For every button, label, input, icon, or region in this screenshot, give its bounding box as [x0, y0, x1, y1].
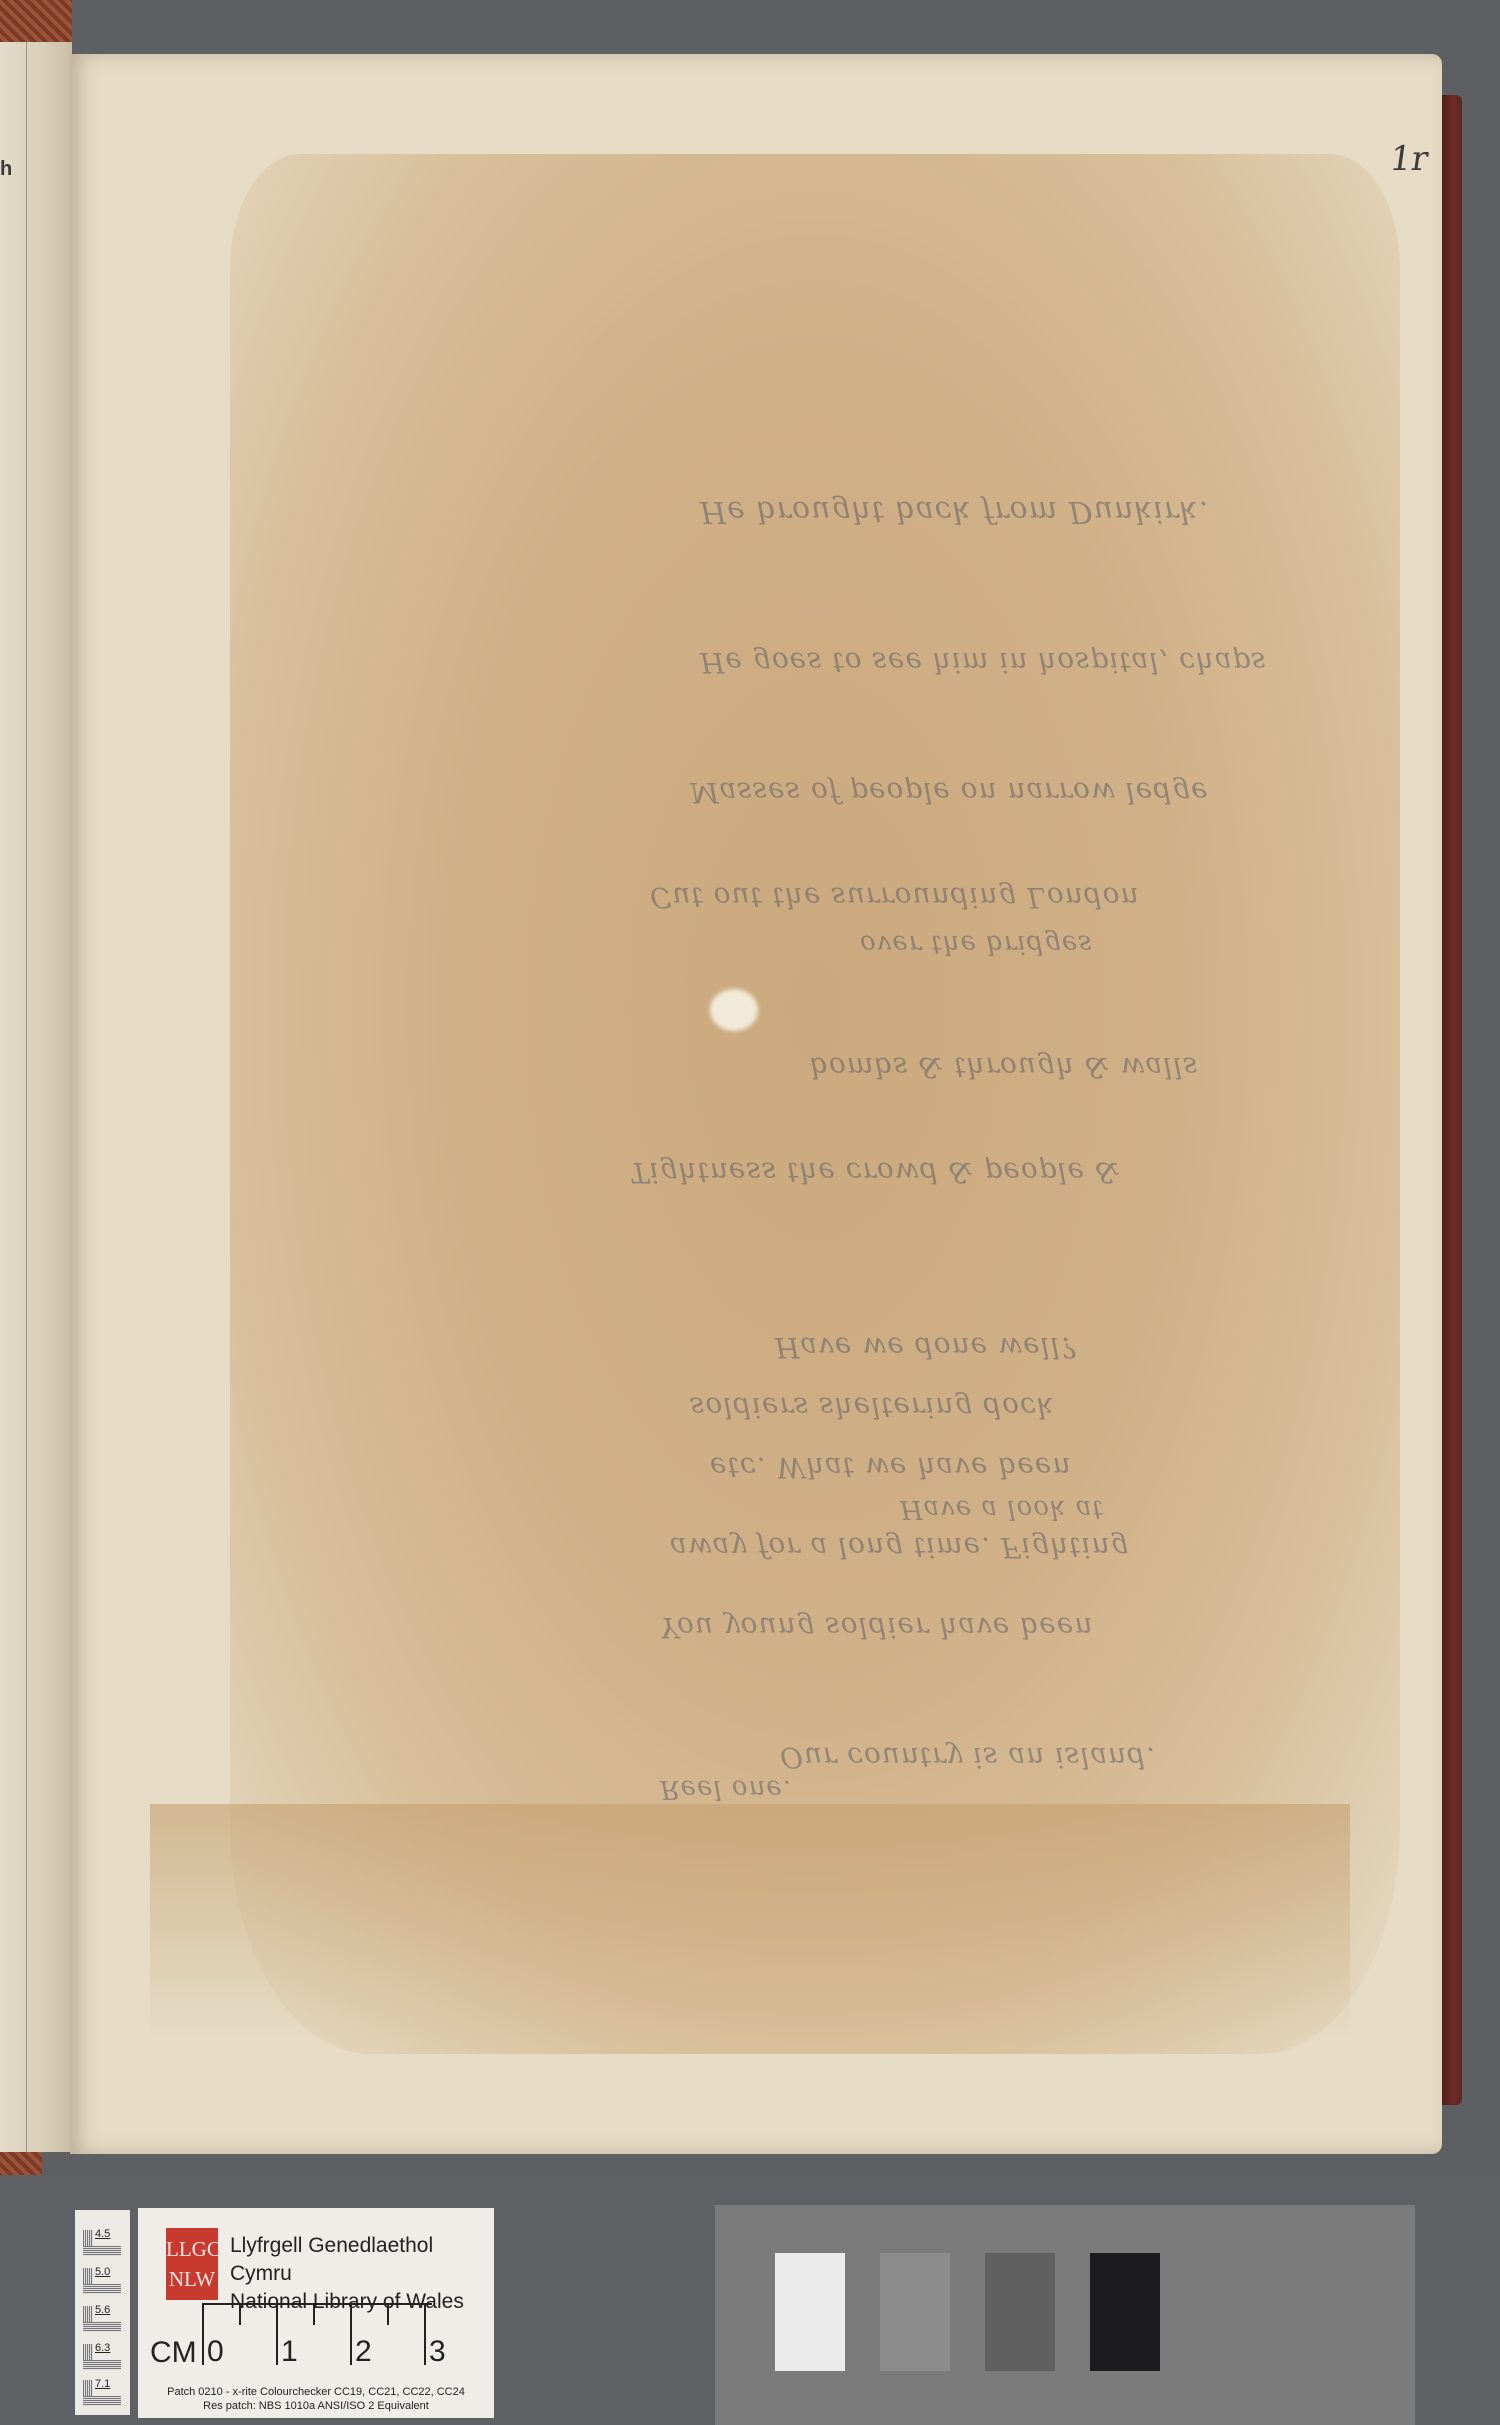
show-through-line: Tightness the crowd & people & — [630, 1156, 1121, 1189]
nlw-logo: LLGC NLW — [166, 2228, 218, 2300]
show-through-line: You young soldier have been — [660, 1611, 1093, 1644]
left-page-rule — [26, 42, 27, 2152]
library-label: LLGC NLW Llyfrgell Genedlaethol Cymru Na… — [138, 2208, 494, 2418]
show-through-line: Cut out the surrounding London — [650, 881, 1140, 914]
manuscript-leaf: 1r He brought back from Dunkirk. He goes… — [70, 54, 1442, 2154]
folio-number: 1r — [1387, 139, 1431, 179]
show-through-line: Masses of people on narrow ledge — [690, 776, 1209, 809]
left-page-fragment — [0, 42, 72, 2152]
resolution-patch: 5.6 — [83, 2304, 125, 2334]
grey-patch-dark — [985, 2253, 1055, 2371]
show-through-line: Have we done well? — [775, 1331, 1077, 1364]
show-through-line: He brought back from Dunkirk. — [700, 494, 1209, 529]
grey-patch-light — [880, 2253, 950, 2371]
show-through-line: over the bridges — [860, 929, 1093, 959]
book-binding-top — [0, 0, 72, 44]
ruler-unit: CM — [150, 2336, 197, 2370]
show-through-line: bombs & through & walls — [810, 1051, 1199, 1084]
show-through-line: Have a look at — [900, 1494, 1104, 1524]
show-through-line: etc. What we have been — [710, 1451, 1072, 1484]
show-through-line: Reel one. — [660, 1774, 792, 1804]
resolution-info: Res patch: NBS 1010a ANSI/ISO 2 Equivale… — [138, 2400, 494, 2412]
resolution-patch: 4.5 — [83, 2228, 125, 2258]
book-binding-right — [1440, 95, 1462, 2105]
resolution-patch: 5.0 — [83, 2266, 125, 2296]
resolution-target: 4.5 5.0 5.6 6.3 7.1 — [75, 2210, 130, 2415]
show-through-line: He goes to see him in hospital, chaps — [700, 646, 1267, 679]
grey-scale-card — [715, 2205, 1415, 2425]
cm-ruler: 0 1 2 3 — [202, 2303, 480, 2373]
patch-info: Patch 0210 - x-rite Colourchecker CC19, … — [138, 2386, 494, 2398]
show-through-line: away for a long time. Fighting — [670, 1531, 1129, 1564]
resolution-patch: 6.3 — [83, 2342, 125, 2372]
show-through-line: Our country is an island. — [780, 1741, 1156, 1774]
grey-patch-white — [775, 2253, 845, 2371]
show-through-text: He brought back from Dunkirk. He goes to… — [220, 444, 1440, 1964]
left-page-text: h — [0, 158, 12, 181]
show-through-line: soldiers sheltering dock — [690, 1391, 1055, 1424]
grey-patch-black — [1090, 2253, 1160, 2371]
resolution-patch: 7.1 — [83, 2378, 125, 2408]
